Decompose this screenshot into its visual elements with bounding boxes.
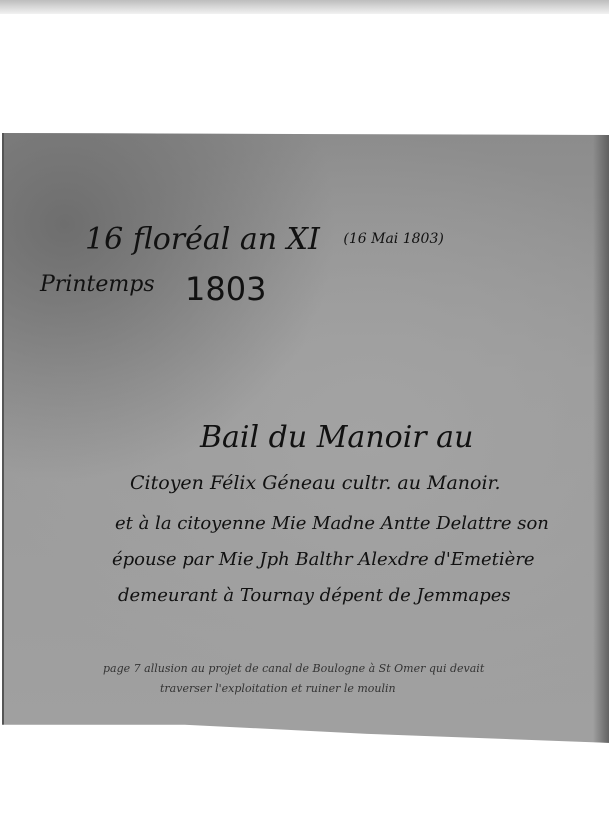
body-line-2: et à la citoyenne Mie Madne Antte Delatt… (115, 513, 549, 534)
republican-date: 16 floréal an XI (85, 222, 320, 257)
body-line-3: épouse par Mie Jph Balthr Alexdre d'Emet… (112, 549, 535, 570)
season-label: Printemps (40, 272, 155, 297)
pencil-note-line-2: traverser l'exploitation et ruiner le mo… (160, 682, 396, 695)
year-label: 1803 (185, 270, 266, 308)
body-line-4: demeurant à Tournay dépent de Jemmapes (118, 585, 511, 606)
date-heading: 16 floréal an XI (16 Mai 1803) (85, 222, 444, 257)
gregorian-date: (16 Mai 1803) (343, 231, 443, 247)
pencil-note-line-1: page 7 allusion au projet de canal de Bo… (103, 662, 484, 675)
body-line-1: Citoyen Félix Géneau cultr. au Manoir. (130, 472, 501, 494)
scan-top-edge (0, 0, 609, 14)
document-title: Bail du Manoir au (200, 420, 473, 455)
